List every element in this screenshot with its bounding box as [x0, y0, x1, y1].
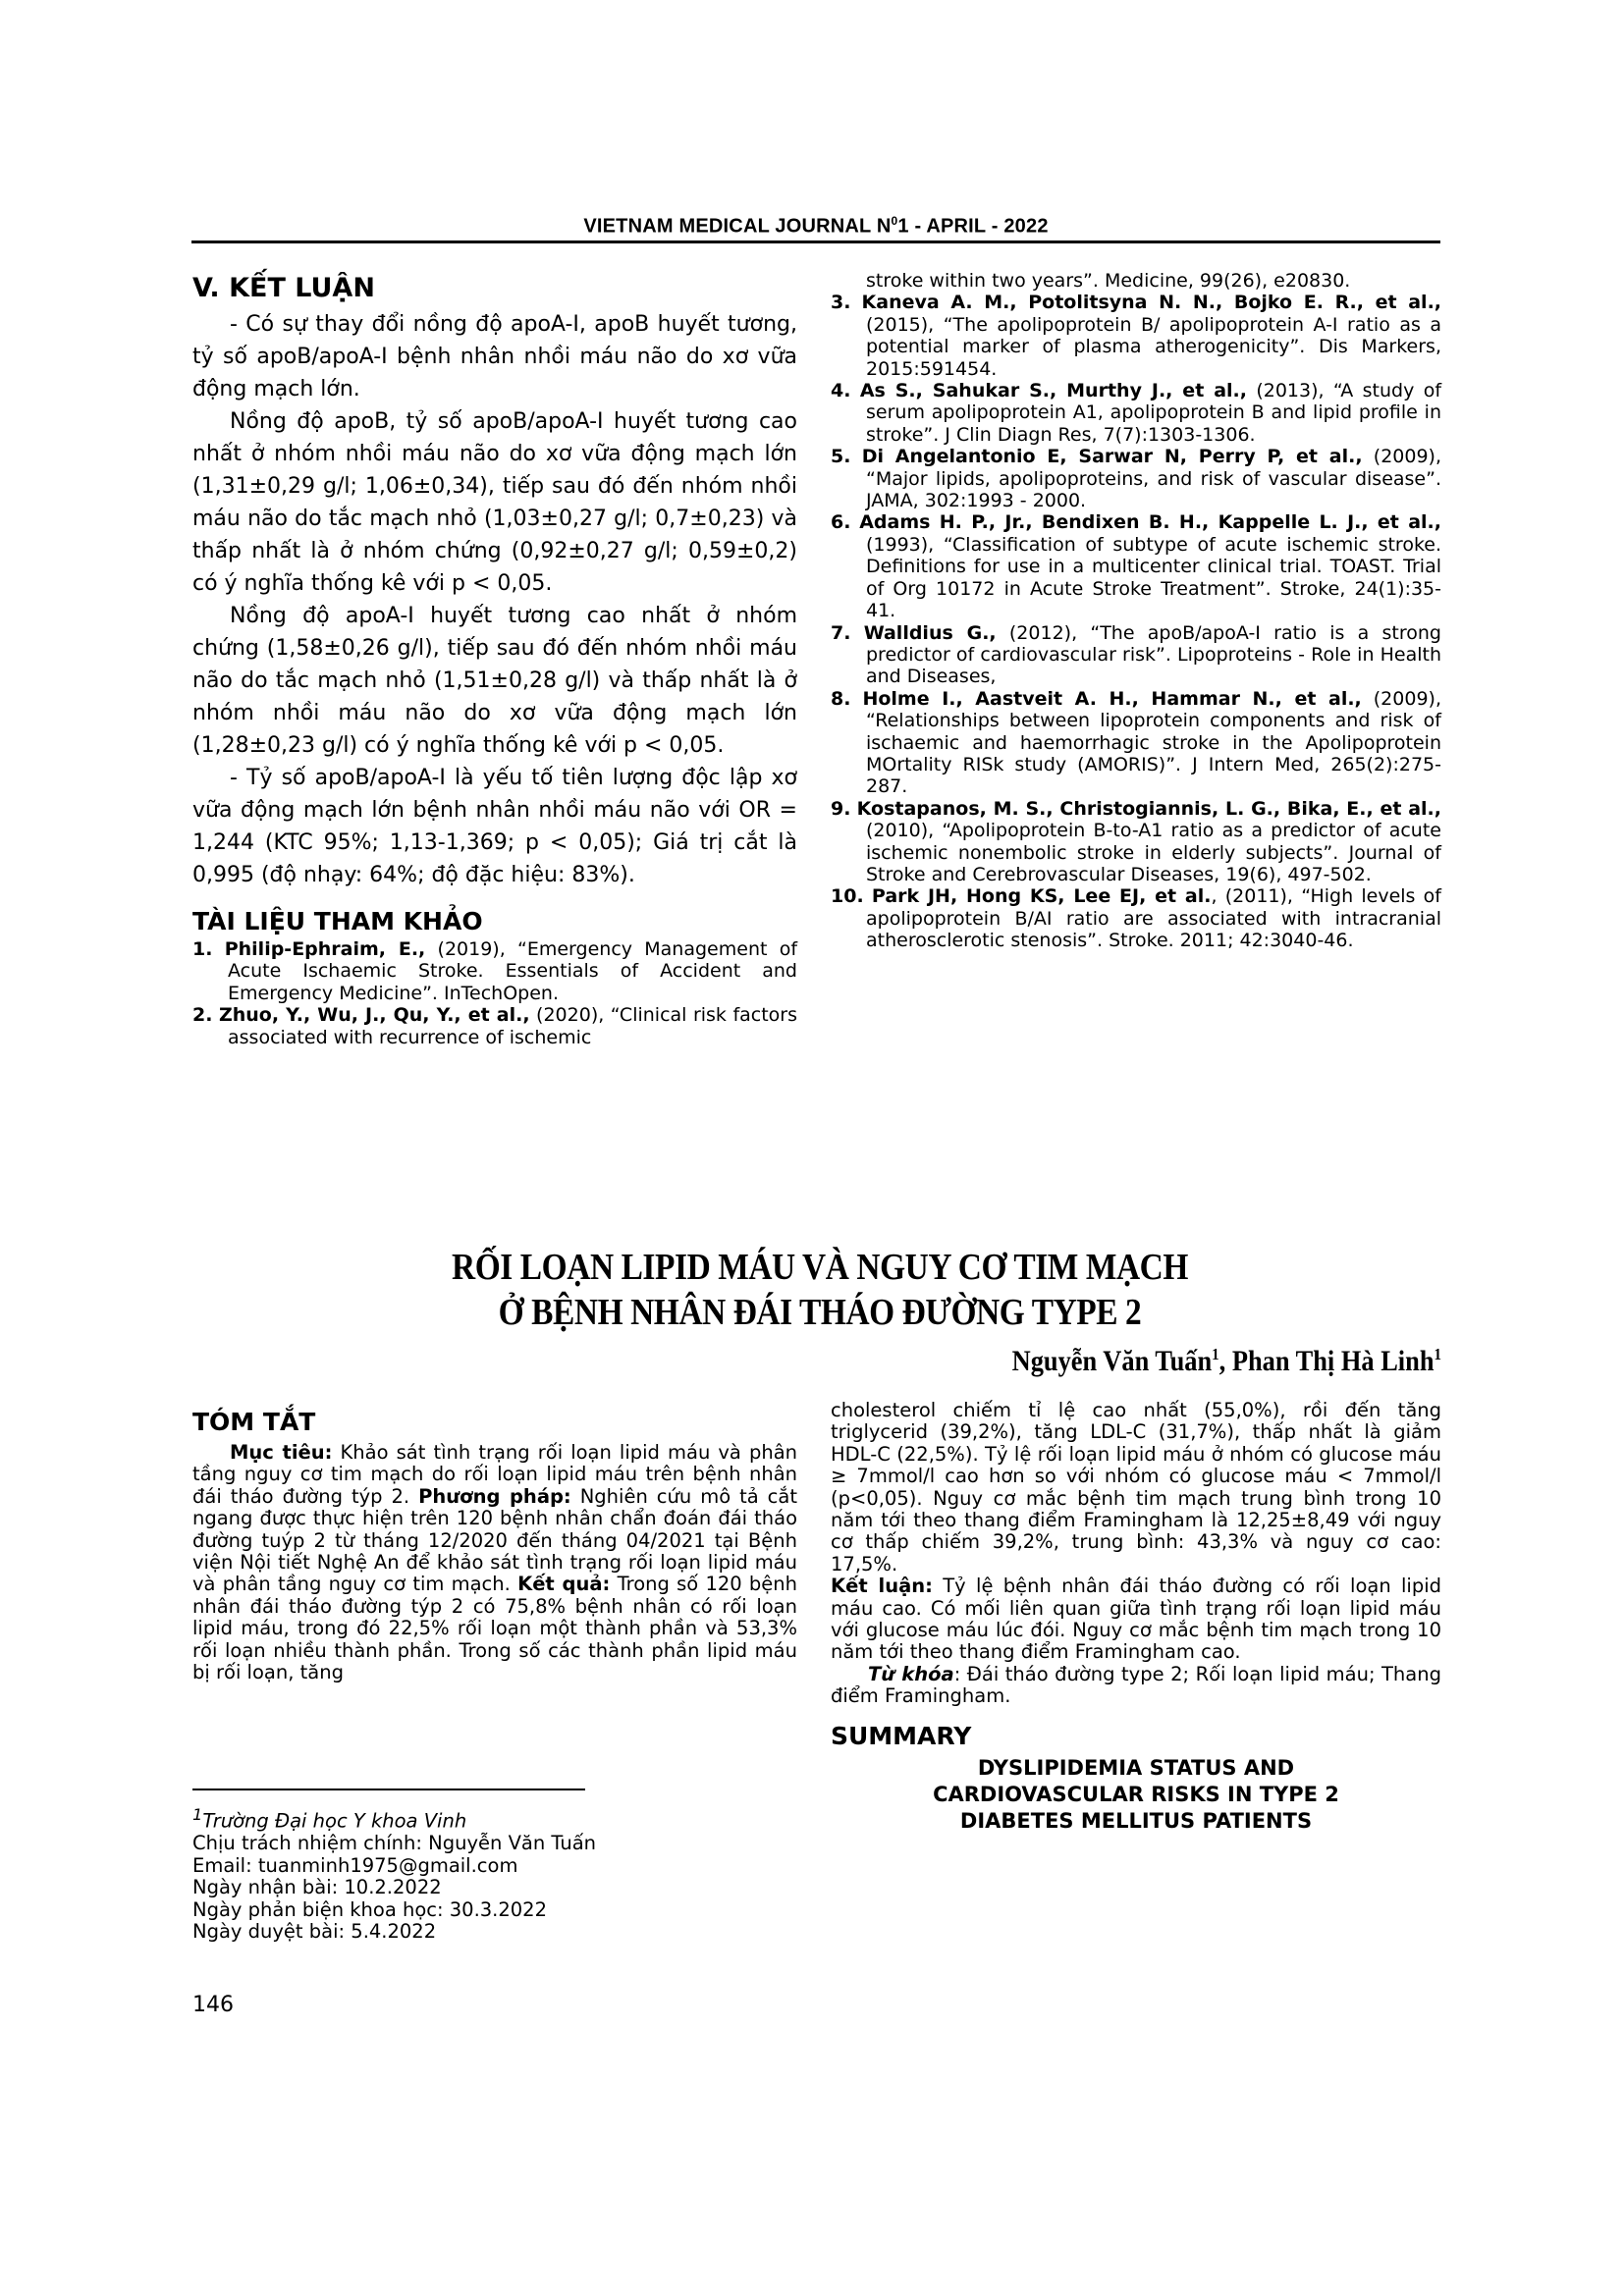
reference-item: 9. Kostapanos, M. S., Christogiannis, L.… [831, 798, 1441, 886]
reference-item: 3. Kaneva A. M., Potolitsyna N. N., Bojk… [831, 292, 1441, 380]
author-affiliation-mark: 1 [1435, 1345, 1441, 1363]
summary-title-line: CARDIOVASCULAR RISKS IN TYPE 2 [831, 1782, 1441, 1808]
reference-number: 7. [831, 622, 850, 644]
reference-item: 6. Adams H. P., Jr., Bendixen B. H., Kap… [831, 511, 1441, 621]
abstract-paragraph: Mục tiêu: Khảo sát tình trạng rối loạn l… [192, 1442, 797, 1683]
abstract-conclusion: Kết luận: Tỷ lệ bệnh nhân đái tháo đường… [831, 1575, 1441, 1664]
conclusion-label: Kết luận: [831, 1575, 933, 1597]
article-title-line: Ở BỆNH NHÂN ĐÁI THÁO ĐƯỜNG TYPE 2 [323, 1290, 1317, 1335]
reference-authors: Walldius G., [864, 622, 997, 644]
received-date: Ngày nhận bài: 10.2.2022 [192, 1877, 782, 1899]
journal-issue: 1 - APRIL - 2022 [897, 216, 1048, 238]
summary-heading: SUMMARY [831, 1722, 1441, 1751]
reference-text: (1993), “Classification of subtype of ac… [866, 534, 1441, 621]
reference-authors: Kostapanos, M. S., Christogiannis, L. G.… [857, 798, 1441, 820]
reference-authors: Holme I., Aastveit A. H., Hammar N., et … [862, 688, 1361, 710]
page-number: 146 [192, 1993, 234, 2017]
reviewed-date: Ngày phản biện khoa học: 30.3.2022 [192, 1899, 782, 1922]
abstract-heading: TÓM TẮT [192, 1407, 797, 1438]
reference-number: 1. [192, 938, 212, 960]
header-rule [191, 240, 1440, 243]
abstract-right-column: cholesterol chiếm tỉ lệ cao nhất (55,0%)… [831, 1400, 1441, 1835]
reference-number: 5. [831, 446, 850, 467]
footnote-rule [192, 1789, 585, 1790]
article-title: RỐI LOẠN LIPID MÁU VÀ NGUY CƠ TIM MẠCH Ở… [323, 1245, 1317, 1335]
running-header: VIETNAM MEDICAL JOURNAL N01 - APRIL - 20… [191, 214, 1440, 239]
reference-item: 1. Philip-Ephraim, E., (2019), “Emergenc… [192, 938, 797, 1004]
reference-item: 10. Park JH, Hong KS, Lee EJ, et al., (2… [831, 885, 1441, 951]
reference-number: 3. [831, 292, 850, 313]
conclusion-paragraph: - Có sự thay đổi nồng độ apoA-I, apoB hu… [192, 308, 797, 405]
reference-number: 2. [192, 1004, 212, 1026]
reference-authors: Park JH, Hong KS, Lee EJ, et al. [872, 885, 1212, 907]
left-column-top: V. KẾT LUẬN - Có sự thay đổi nồng độ apo… [192, 271, 797, 1048]
conclusion-paragraph: Nồng độ apoB, tỷ số apoB/apoA-I huyết tư… [192, 405, 797, 600]
affiliation-text: Trường Đại học Y khoa Vinh [202, 1810, 466, 1833]
reference-continuation: stroke within two years”. Medicine, 99(2… [831, 270, 1441, 292]
reference-text: (2010), “Apolipoprotein B-to-A1 ratio as… [866, 820, 1441, 885]
reference-number: 9. [831, 798, 850, 820]
reference-number: 8. [831, 688, 850, 710]
author-name: Nguyễn Văn Tuấn [1012, 1345, 1213, 1377]
reference-item: 7. Walldius G., (2012), “The apoB/apoA-I… [831, 622, 1441, 688]
reference-authors: Di Angelantonio E, Sarwar N, Perry P, et… [862, 446, 1363, 467]
reference-authors: Zhuo, Y., Wu, J., Qu, Y., et al., [219, 1004, 530, 1026]
conclusion-paragraph: Nồng độ apoA-I huyết tương cao nhất ở nh… [192, 600, 797, 762]
corresponding-author: Chịu trách nhiệm chính: Nguyễn Văn Tuấn [192, 1833, 782, 1855]
keywords-label: Từ khóa [868, 1663, 954, 1685]
author-affiliation-mark: 1 [1212, 1345, 1218, 1363]
conclusion-paragraph: - Tỷ số apoB/apoA-I là yếu tố tiên lượng… [192, 762, 797, 891]
keywords: Từ khóa: Đái tháo đường type 2; Rối loạn… [831, 1664, 1441, 1708]
author-name: Phan Thị Hà Linh [1232, 1345, 1435, 1377]
reference-authors: Adams H. P., Jr., Bendixen B. H., Kappel… [859, 511, 1441, 533]
footnotes: 1Trường Đại học Y khoa Vinh Chịu trách n… [192, 1804, 782, 1944]
article-title-line: RỐI LOẠN LIPID MÁU VÀ NGUY CƠ TIM MẠCH [323, 1245, 1317, 1290]
journal-name: VIETNAM MEDICAL JOURNAL N [583, 216, 891, 238]
summary-title: DYSLIPIDEMIA STATUS AND CARDIOVASCULAR R… [831, 1755, 1441, 1835]
author-separator: , [1219, 1345, 1232, 1377]
summary-title-line: DIABETES MELLITUS PATIENTS [831, 1808, 1441, 1835]
conclusion-heading: V. KẾT LUẬN [192, 271, 797, 306]
reference-number: 10. [831, 885, 864, 907]
reference-number: 6. [831, 511, 850, 533]
journal-page: VIETNAM MEDICAL JOURNAL N01 - APRIL - 20… [0, 0, 1624, 2296]
abstract-paragraph-continued: cholesterol chiếm tỉ lệ cao nhất (55,0%)… [831, 1400, 1441, 1575]
reference-text: (2015), “The apolipoprotein B/ apolipopr… [866, 314, 1441, 380]
email: Email: tuanminh1975@gmail.com [192, 1855, 782, 1878]
reference-item: 2. Zhuo, Y., Wu, J., Qu, Y., et al., (20… [192, 1004, 797, 1048]
accepted-date: Ngày duyệt bài: 5.4.2022 [192, 1921, 782, 1944]
reference-number: 4. [831, 380, 850, 401]
result-label: Kết quả: [517, 1573, 610, 1595]
affiliation-mark: 1 [192, 1805, 202, 1824]
abstract-left-column: TÓM TẮT Mục tiêu: Khảo sát tình trạng rố… [192, 1407, 797, 1683]
reference-item: 5. Di Angelantonio E, Sarwar N, Perry P,… [831, 446, 1441, 511]
reference-authors: Kaneva A. M., Potolitsyna N. N., Bojko E… [862, 292, 1441, 313]
method-label: Phương pháp: [418, 1485, 571, 1508]
summary-title-line: DYSLIPIDEMIA STATUS AND [831, 1755, 1441, 1782]
reference-authors: As S., Sahukar S., Murthy J., et al., [860, 380, 1247, 401]
reference-item: 8. Holme I., Aastveit A. H., Hammar N., … [831, 688, 1441, 798]
article-authors: Nguyễn Văn Tuấn1, Phan Thị Hà Linh1 [1012, 1345, 1441, 1378]
reference-item: 4. As S., Sahukar S., Murthy J., et al.,… [831, 380, 1441, 446]
references-heading: TÀI LIỆU THAM KHẢO [192, 907, 797, 936]
affiliation: 1Trường Đại học Y khoa Vinh [192, 1804, 782, 1833]
right-column-top: stroke within two years”. Medicine, 99(2… [831, 270, 1441, 952]
reference-authors: Philip-Ephraim, E., [225, 938, 426, 960]
objective-label: Mục tiêu: [230, 1441, 332, 1464]
